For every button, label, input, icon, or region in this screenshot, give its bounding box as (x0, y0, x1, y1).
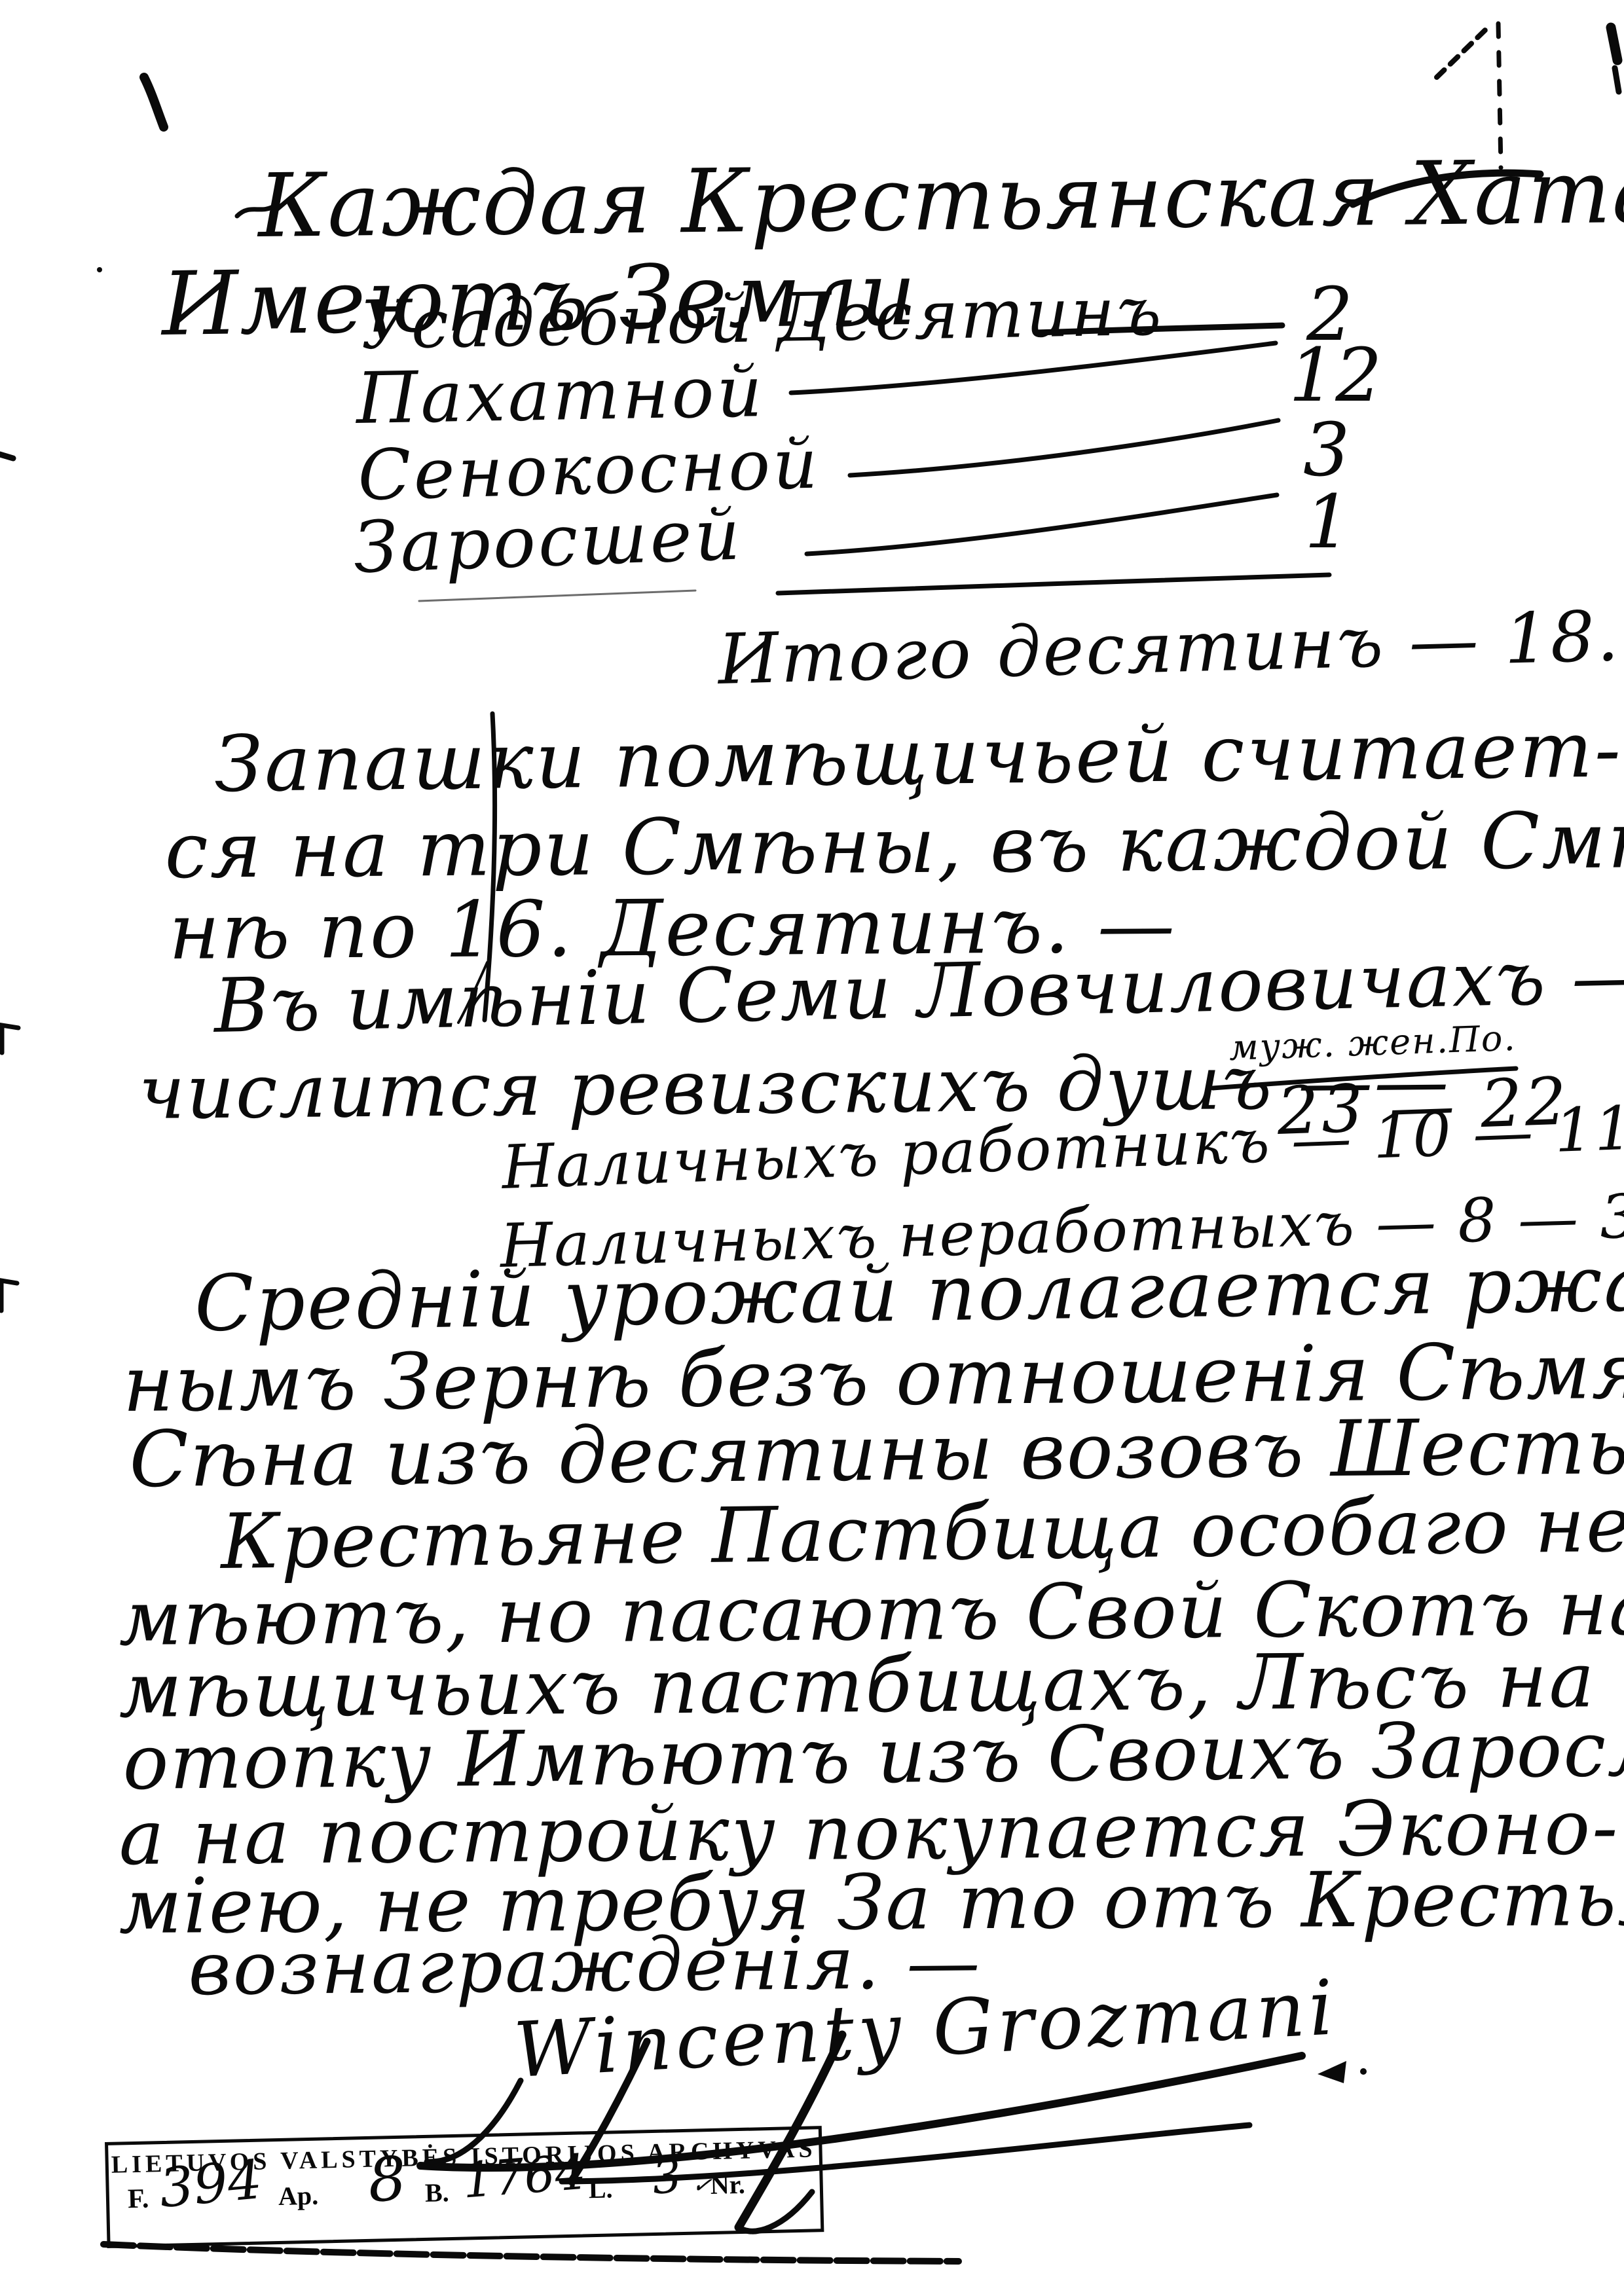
scanned-archival-document-page: Каждая Крестьянская Хата Имеютъ Земли Ус… (0, 0, 1624, 2296)
stamp-fond-value: 394 (157, 2153, 264, 2216)
land-row-label-pahatnoy: Пахатной (356, 357, 766, 435)
souls-columns-header: муж. жен.По. (1228, 1021, 1517, 1066)
top-right-diagonal-mark (1437, 29, 1486, 77)
land-dash-zarosshey (807, 495, 1277, 554)
land-row-value-pahatnoy: 12 (1289, 339, 1382, 412)
plowing-line-2: ся на три Смѣны, въ каждой Смѣ- (164, 801, 1624, 889)
stamp-lapas-label: L. (588, 2176, 613, 2202)
margin-arrow-dot (1360, 2068, 1367, 2075)
margin-arrow-mark (1318, 2061, 1346, 2083)
left-margin-bracket-2 (1, 1281, 17, 1311)
total-separator-faint (419, 591, 695, 601)
stamp-byla-label: B. (424, 2179, 449, 2206)
right-edge-smudge-2 (1615, 68, 1619, 92)
plowing-line-1: Запашки помѣщичьей считает- (214, 710, 1623, 803)
left-margin-dash (0, 454, 13, 458)
stamp-fond-label: F. (128, 2185, 149, 2214)
stamp-byla-value: 1764 (461, 2148, 587, 2206)
ink-blob-top-left (144, 77, 164, 127)
land-row-label-zarosshey: Заросшей (352, 500, 744, 584)
archive-stamp: LIETUVOS VALSTYBĖS ISTORIJOS ARCHYVAS F.… (105, 2126, 824, 2248)
right-edge-smudge-1 (1611, 27, 1617, 60)
land-row-value-zarosshey: 1 (1304, 486, 1351, 559)
total-separator-line (778, 575, 1329, 593)
stamp-apyrasas-label: Ap. (278, 2183, 318, 2210)
land-dash-senokosnoy (850, 420, 1278, 475)
stamp-apyrasas-value: 8 (366, 2149, 409, 2212)
heading-line-1: Каждая Крестьянская Хата (258, 147, 1624, 250)
land-row-value-senokosnoy: 3 (1303, 414, 1350, 487)
stamp-bottom-smudge (103, 2244, 959, 2261)
land-row-label-senokosnoy: Сенокосной (357, 429, 821, 511)
left-margin-bracket-1 (2, 1025, 18, 1053)
land-total-line: Итого десятинъ — 18. (717, 602, 1621, 695)
stamp-nr-label: Nr. (710, 2172, 745, 2198)
land-row-label-usadebnoy: Усадебной Десятинъ (360, 279, 1164, 359)
stamp-lapas-value: 3 (650, 2153, 684, 2201)
small-ink-dot (97, 267, 102, 272)
